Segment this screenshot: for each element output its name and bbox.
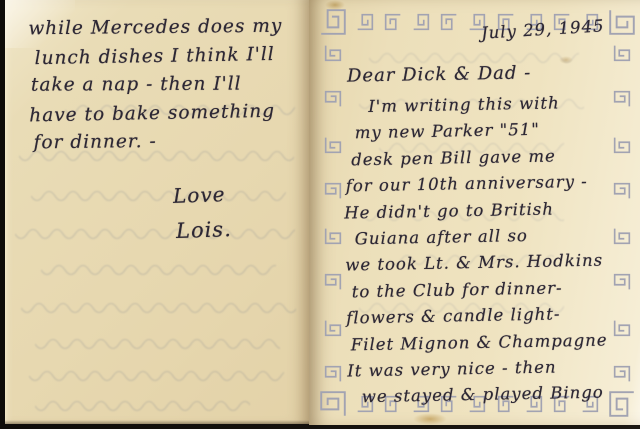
ink-bleed-line (35, 398, 250, 418)
greek-key-motif (410, 11, 432, 33)
greek-key-border-right (607, 42, 637, 385)
greek-key-motif (611, 134, 633, 156)
greek-key-motif (611, 317, 633, 339)
greek-key-corner (607, 7, 637, 37)
greek-key-motif (611, 363, 633, 385)
right-page-text: I'm writing this withmy new Parker "51"d… (342, 90, 609, 412)
greek-key-motif (611, 225, 633, 247)
greek-key-corner (318, 7, 348, 37)
letter-right-page: July 29, 1945 Dear Dick & Dad - I'm writ… (309, 0, 640, 425)
letter-date: July 29, 1945 (481, 16, 605, 43)
greek-key-corner (607, 389, 637, 419)
handwritten-line: we took Lt. & Mrs. Hodkins (345, 248, 606, 279)
greek-key-motif (322, 317, 344, 339)
greek-key-motif (322, 88, 344, 110)
ink-bleed-line (41, 262, 276, 282)
ink-bleed-line (21, 300, 296, 320)
greek-key-motif (322, 225, 344, 247)
greek-key-motif (322, 271, 344, 293)
handwritten-line: lunch dishes I think I'll (34, 40, 282, 73)
greek-key-motif (322, 180, 344, 202)
greek-key-motif (354, 11, 376, 33)
handwritten-line: have to bake something (29, 97, 283, 130)
ink-bleed-line (31, 188, 286, 208)
greek-key-motif (611, 42, 633, 64)
paper-stain (325, 0, 345, 10)
greek-key-motif (611, 271, 633, 293)
ink-bleed-line (15, 226, 295, 246)
handwritten-line: take a nap - then I'll (31, 70, 283, 100)
greek-key-motif (322, 42, 344, 64)
paper-stain (413, 413, 447, 425)
ink-bleed-line (35, 336, 280, 356)
greek-key-motif (438, 11, 460, 33)
letter-left-page: while Mercedes does mylunch dishes I thi… (5, 0, 309, 424)
greek-key-corner (318, 389, 348, 419)
greek-key-motif (611, 88, 633, 110)
handwritten-line: for our 10th anniversary - (346, 169, 605, 200)
handwritten-line: we stayed & played Bingo (362, 380, 609, 411)
handwritten-line: Filet Mignon & Champagne (351, 327, 608, 358)
signature-lois: Lois. (176, 217, 233, 243)
greek-key-motif (322, 134, 344, 156)
handwritten-line: while Mercedes does my (28, 13, 282, 44)
greek-key-motif (382, 11, 404, 33)
closing-love: Love (173, 182, 226, 208)
letter-scan: while Mercedes does mylunch dishes I thi… (0, 0, 640, 429)
greek-key-motif (611, 180, 633, 202)
handwritten-line: for dinner. - (33, 127, 283, 158)
ink-bleed-line (29, 368, 284, 388)
paper-bottom-shadow (5, 420, 309, 424)
greek-key-motif (322, 363, 344, 385)
left-page-text: while Mercedes does mylunch dishes I thi… (28, 13, 283, 158)
salutation: Dear Dick & Dad - (347, 62, 532, 86)
